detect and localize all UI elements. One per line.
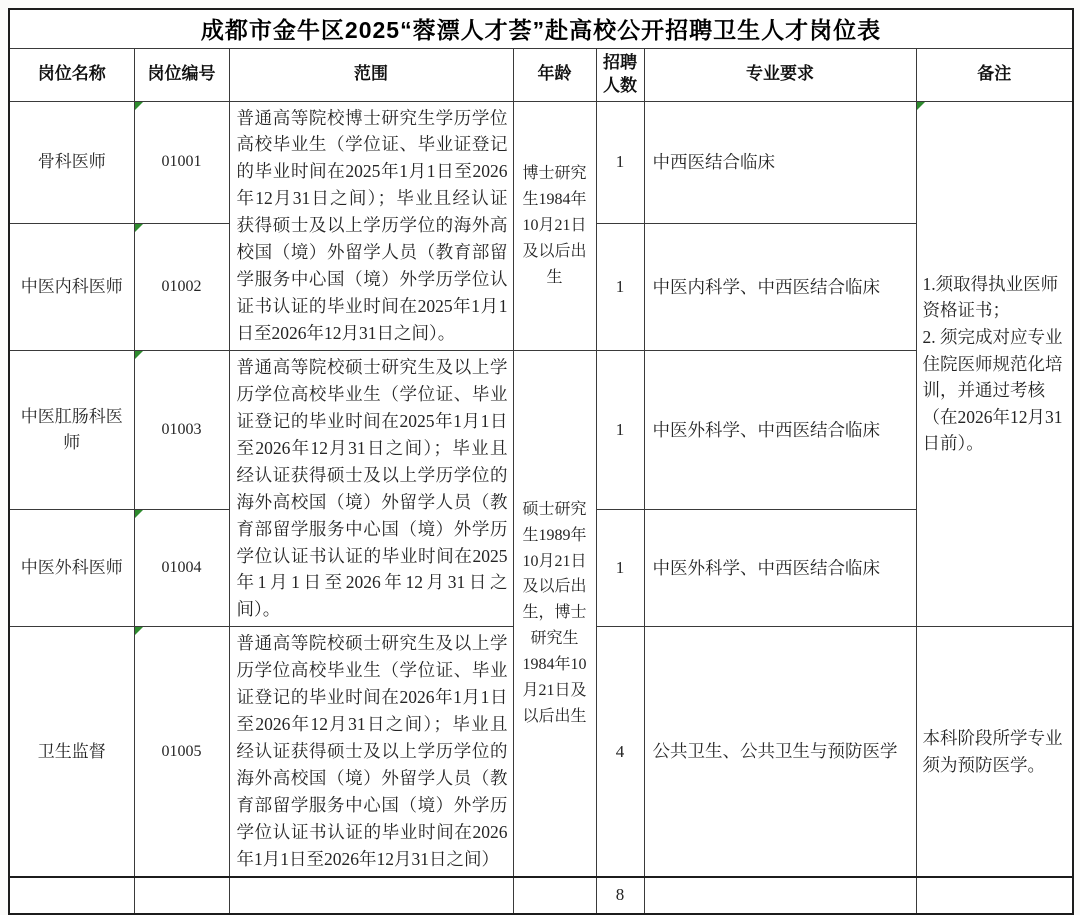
major-cell: 中医内科学、中西医结合临床 [644,223,916,350]
column-header-headcount: 招聘人数 [596,48,644,101]
major-cell: 中西医结合临床 [644,101,916,223]
job-name-cell: 中医肛肠科医师 [9,350,134,509]
scope-cell-master: 普通高等院校硕士研究生及以上学历学位高校毕业生（学位证、毕业证登记的毕业时间在2… [229,350,513,626]
remarks-text: 1.须取得执业医师资格证书； 2. 须完成对应专业住院医师规范化培训，并通过考核… [923,274,1063,454]
age-cell-master-doctoral: 硕士研究生1989年10月21日及以后出生，博士研究生1984年10月21日及以… [513,350,596,876]
comment-marker-icon [917,102,925,110]
job-table-sheet: 成都市金牛区2025“蓉漂人才荟”赴高校公开招聘卫生人才岗位表 岗位名称 岗位编… [8,8,1074,915]
headcount-cell: 4 [596,627,644,877]
empty-cell [513,877,596,914]
page-title: 成都市金牛区2025“蓉漂人才荟”赴高校公开招聘卫生人才岗位表 [9,9,1073,48]
job-code: 01005 [162,743,202,760]
column-header-remarks: 备注 [916,48,1073,101]
job-table: 成都市金牛区2025“蓉漂人才荟”赴高校公开招聘卫生人才岗位表 岗位名称 岗位编… [8,8,1074,915]
remarks-cell-physicians: 1.须取得执业医师资格证书； 2. 须完成对应专业住院医师规范化培训，并通过考核… [916,101,1073,627]
job-code: 01002 [162,278,202,295]
empty-cell [134,877,229,914]
comment-marker-icon [135,102,143,110]
headcount-cell: 1 [596,350,644,509]
remarks-cell-supervision: 本科阶段所学专业须为预防医学。 [916,627,1073,877]
major-cell: 中医外科学、中西医结合临床 [644,350,916,509]
headcount-cell: 1 [596,101,644,223]
comment-marker-icon [135,510,143,518]
major-cell: 公共卫生、公共卫生与预防医学 [644,627,916,877]
job-name-cell: 中医内科医师 [9,223,134,350]
age-cell-doctoral: 博士研究生1984年10月21日及以后出生 [513,101,596,350]
job-name-cell: 中医外科医师 [9,509,134,627]
empty-cell [644,877,916,914]
headcount-cell: 1 [596,223,644,350]
column-header-job-name: 岗位名称 [9,48,134,101]
major-cell: 中医外科学、中西医结合临床 [644,509,916,627]
job-code-cell: 01002 [134,223,229,350]
job-code-cell: 01004 [134,509,229,627]
job-code: 01003 [162,421,202,438]
comment-marker-icon [135,627,143,635]
job-name-cell: 卫生监督 [9,627,134,877]
scope-cell-doctoral: 普通高等院校博士研究生学历学位高校毕业生（学位证、毕业证登记的毕业时间在2025… [229,101,513,350]
job-code-cell: 01001 [134,101,229,223]
job-code: 01001 [162,153,202,170]
job-name-cell: 骨科医师 [9,101,134,223]
scope-cell-supervision: 普通高等院校硕士研究生及以上学历学位高校毕业生（学位证、毕业证登记的毕业时间在2… [229,627,513,877]
total-headcount-cell: 8 [596,877,644,914]
column-header-scope: 范围 [229,48,513,101]
column-header-age: 年龄 [513,48,596,101]
job-code-cell: 01003 [134,350,229,509]
comment-marker-icon [135,224,143,232]
empty-cell [916,877,1073,914]
column-header-major: 专业要求 [644,48,916,101]
job-code: 01004 [162,559,202,576]
empty-cell [229,877,513,914]
column-header-job-code: 岗位编号 [134,48,229,101]
empty-cell [9,877,134,914]
comment-marker-icon [135,351,143,359]
headcount-cell: 1 [596,509,644,627]
job-code-cell: 01005 [134,627,229,877]
